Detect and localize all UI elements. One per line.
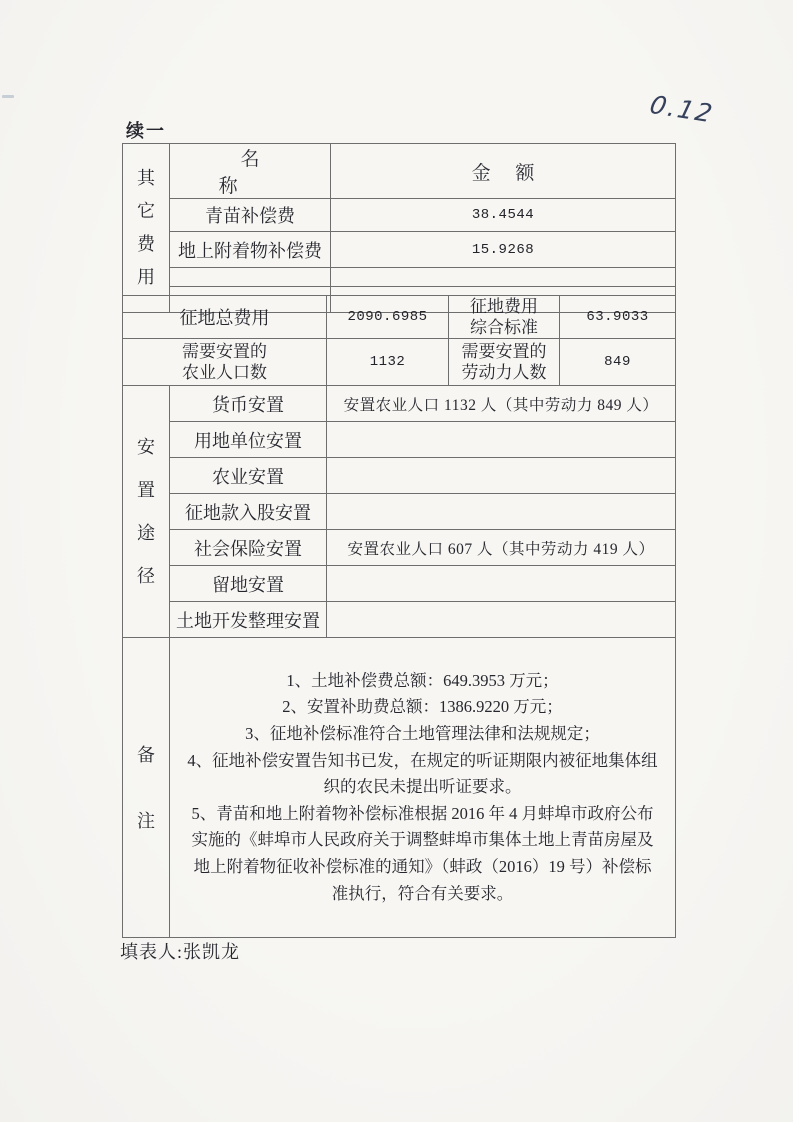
resettlement-row-value [327,494,676,530]
resettlement-row-value [327,566,676,602]
resettlement-row-label: 留地安置 [170,566,327,602]
remark-side-cell: 备注 [123,638,170,938]
label-line: 需要安置的 [123,341,326,362]
remark-line: 4、征地补偿安置告知书已发，在规定的听证期限内被征地集体组 [170,748,675,775]
agri-population-value: 1132 [327,339,449,386]
label-line: 征地费用 [449,296,559,317]
column-header-amount: 金额 [331,144,676,199]
remark-line: 1、土地补偿费总额：649.3953 万元； [170,668,675,695]
other-fees-table: 其它费用 名称 金额 青苗补偿费 38.4544 地上附着物补偿费 15.926… [122,143,676,313]
scan-artifact-dash [2,95,14,98]
remark-line: 地上附着物征收补偿标准的通知》（蚌政（2016）19 号）补偿标 [170,854,675,881]
fee-name-cell [170,268,331,287]
resettlement-row-label: 征地款入股安置 [170,494,327,530]
resettlement-row-label: 社会保险安置 [170,530,327,566]
fee-amount-cell [331,268,676,287]
fee-name-cell: 地上附着物补偿费 [170,232,331,268]
resettlement-side-label: 安置途径 [137,426,156,598]
resettlement-side-cell: 安置途径 [123,386,170,638]
continuation-label: 续一 [126,117,166,143]
other-fees-side-label: 其它费用 [137,162,156,294]
column-header-name: 名称 [170,144,331,199]
resettlement-row-value [327,458,676,494]
resettlement-row-value [327,602,676,638]
fee-amount-cell: 15.9268 [331,232,676,268]
remark-line: 准执行，符合有关要求。 [170,881,675,908]
total-cost-label: 征地总费用 [123,296,327,339]
remark-line: 织的农民未提出听证要求。 [170,774,675,801]
composite-standard-label: 征地费用 综合标准 [449,296,560,339]
resettlement-row-value: 安置农业人口 607 人（其中劳动力 419 人） [327,530,676,566]
remark-line: 实施的《蚌埠市人民政府关于调整蚌埠市集体土地上青苗房屋及 [170,827,675,854]
resettlement-row-label: 土地开发整理安置 [170,602,327,638]
label-line: 劳动力人数 [449,362,559,383]
fee-amount-cell: 38.4544 [331,199,676,232]
remark-line: 5、青苗和地上附着物补偿标准根据 2016 年 4 月蚌埠市政府公布 [170,801,675,828]
resettlement-row-label: 农业安置 [170,458,327,494]
preparer-line: 填表人:张凯龙 [120,938,240,964]
resettlement-row-label: 用地单位安置 [170,422,327,458]
label-line: 农业人口数 [123,362,326,383]
remark-content: 1、土地补偿费总额：649.3953 万元； 2、安置补助费总额：1386.92… [170,638,676,938]
remark-side-label: 备注 [137,722,156,854]
labor-population-value: 849 [560,339,676,386]
remark-line: 3、征地补偿标准符合土地管理法律和法规规定； [170,721,675,748]
remark-line: 2、安置补助费总额：1386.9220 万元； [170,694,675,721]
resettlement-row-value: 安置农业人口 1132 人（其中劳动力 849 人） [327,386,676,422]
label-line: 需要安置的 [449,341,559,362]
summary-table: 征地总费用 2090.6985 征地费用 综合标准 63.9033 需要安置的 … [122,295,676,938]
resettlement-row-value [327,422,676,458]
label-line: 综合标准 [449,317,559,338]
fee-name-cell: 青苗补偿费 [170,199,331,232]
total-cost-value: 2090.6985 [327,296,449,339]
handwritten-page-number: 0.12 [647,90,733,131]
composite-standard-value: 63.9033 [560,296,676,339]
agri-population-label: 需要安置的 农业人口数 [123,339,327,386]
other-fees-side-cell: 其它费用 [123,144,170,313]
scanned-form-page: 0.12 续一 其它费用 名称 金额 青苗补偿费 38.4544 地上附着物补偿… [0,0,793,1122]
labor-population-label: 需要安置的 劳动力人数 [449,339,560,386]
resettlement-row-label: 货币安置 [170,386,327,422]
